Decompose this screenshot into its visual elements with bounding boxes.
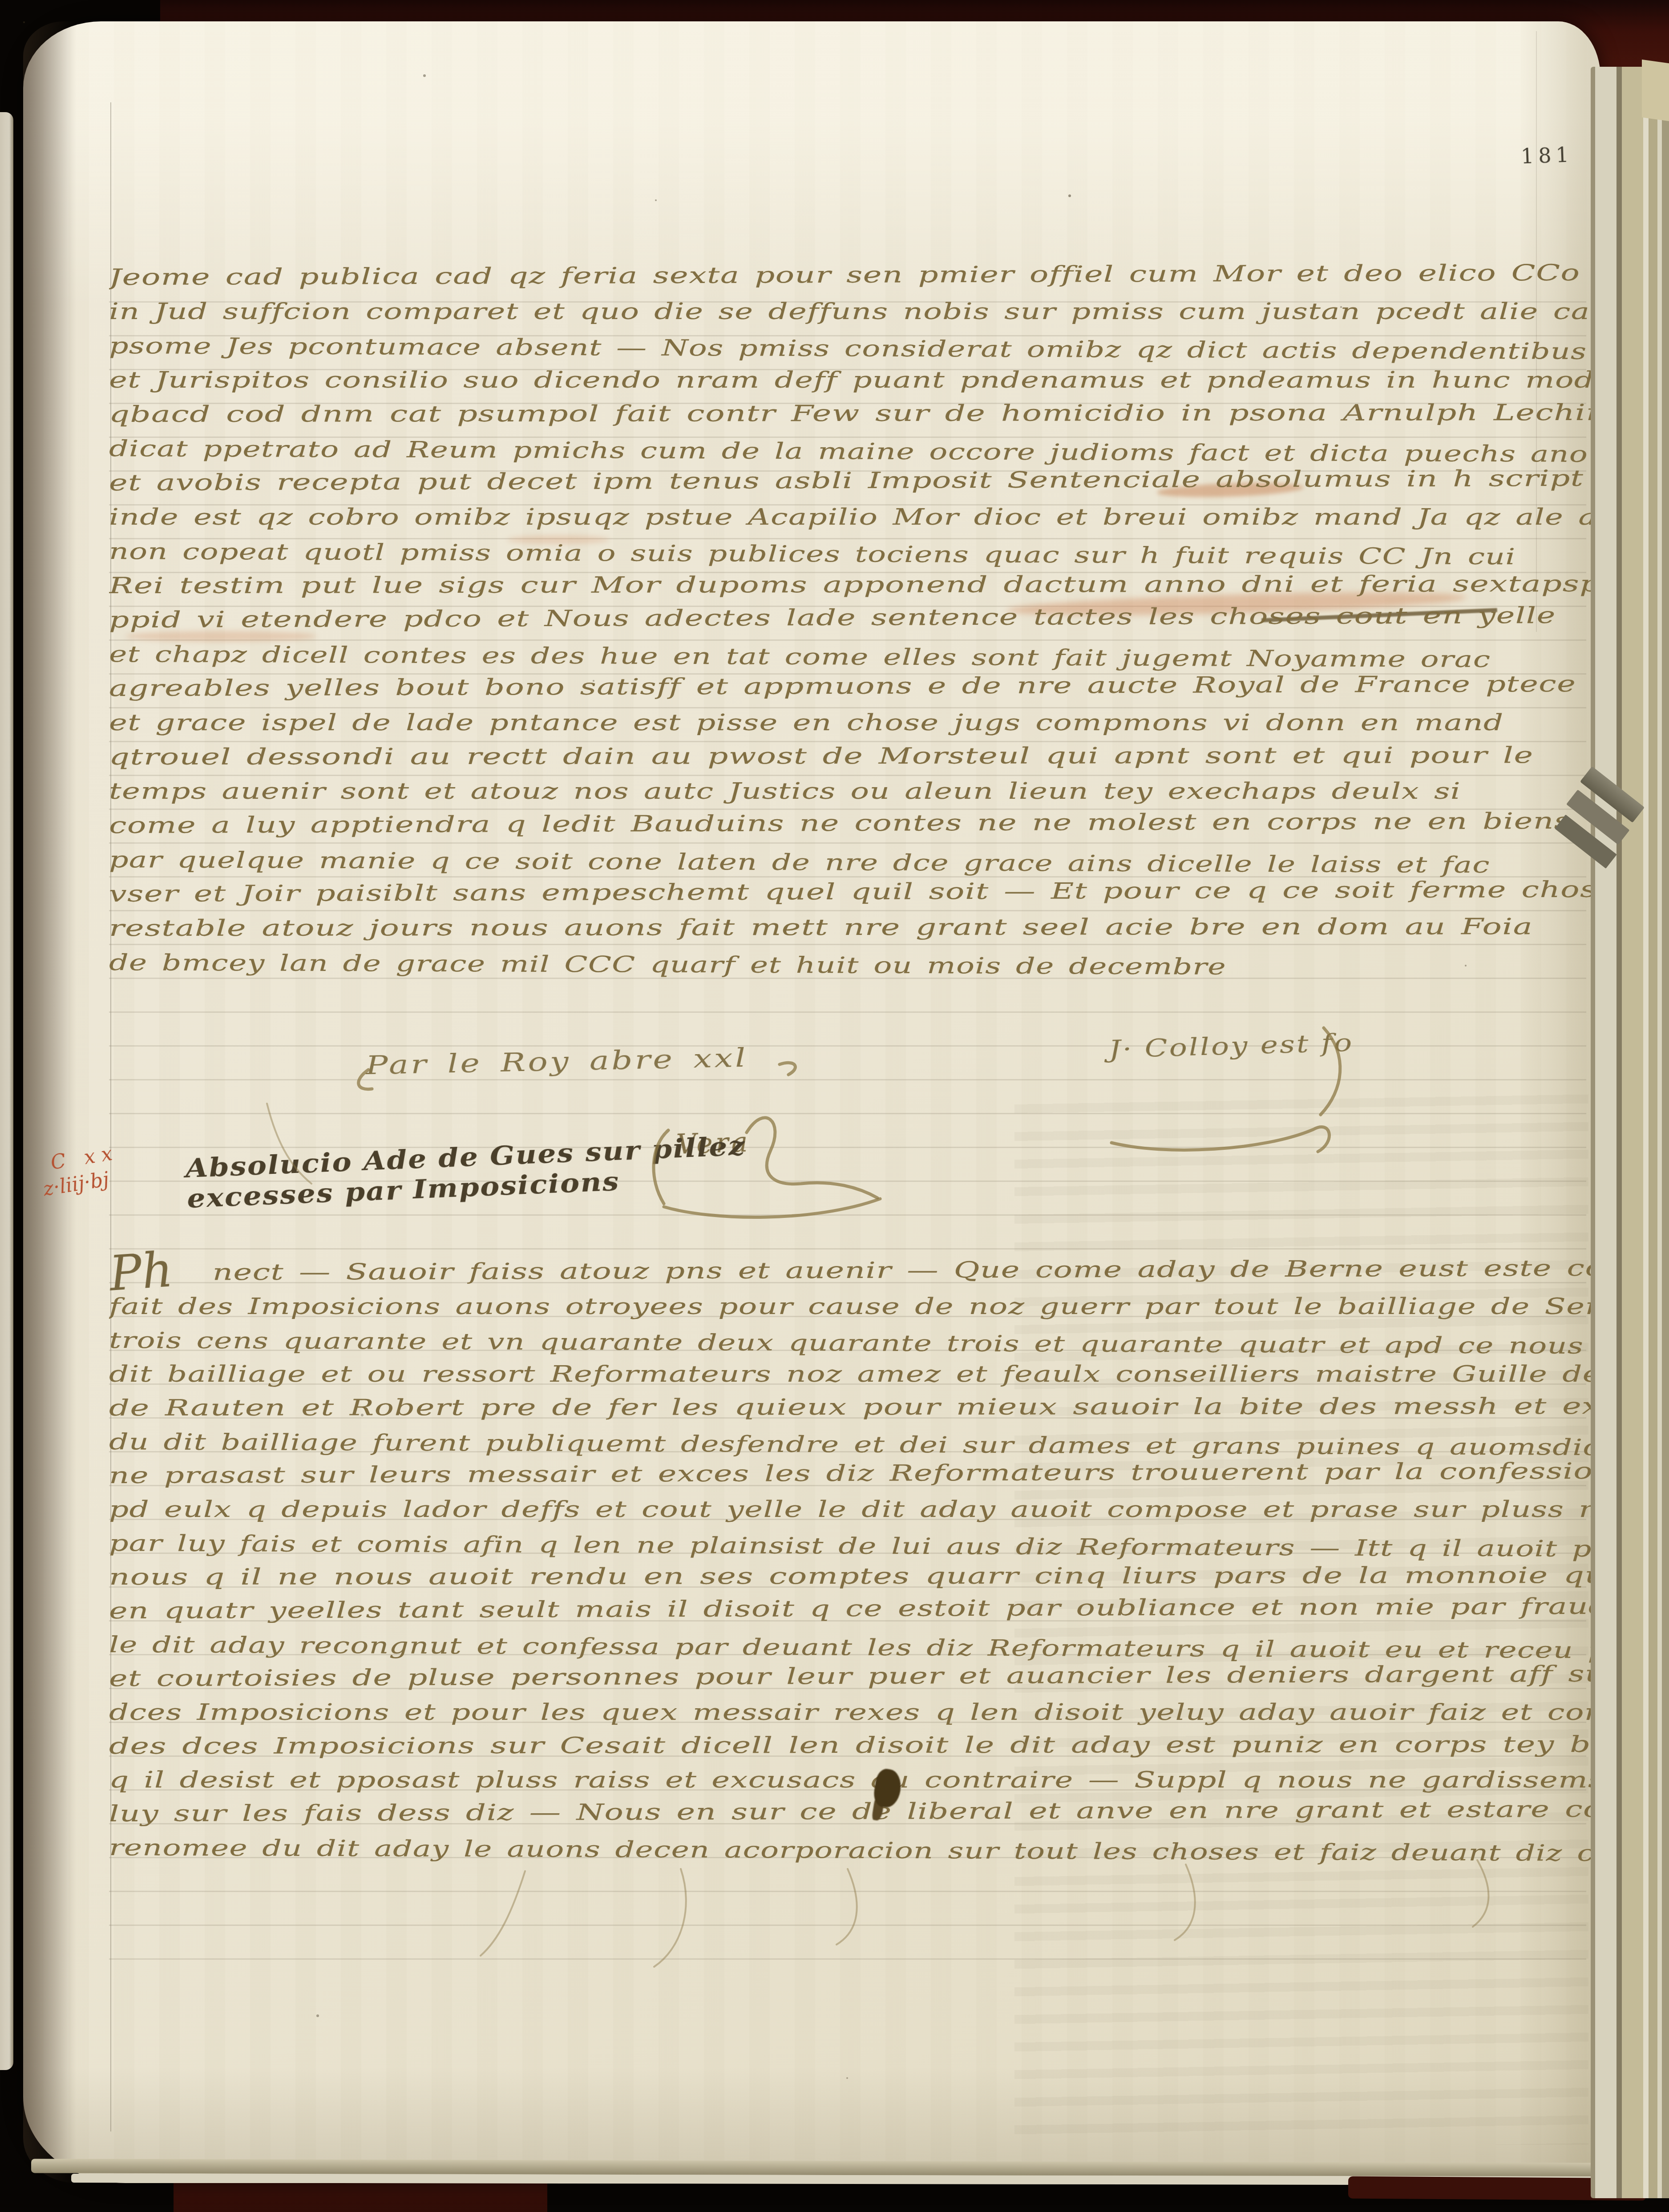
- manuscript-line: ppid vi etendere pdco et Nous adectes la…: [109, 596, 1600, 637]
- manuscript-line: des dces Imposicions sur Cesait dicell l…: [109, 1727, 1600, 1763]
- manuscript-line: nous q il ne nous auoit rendu en ses com…: [109, 1557, 1600, 1594]
- adjacent-page-edge-left: [0, 112, 13, 2070]
- fore-edge-top-wedge: [1642, 60, 1669, 121]
- parchment-speckles: [23, 21, 25, 23]
- gutter-shadow: [23, 21, 77, 2183]
- manuscript-line: q il desist et pposast pluss raiss et ex…: [109, 1763, 1600, 1797]
- manuscript-line: inde est qz cobro omibz ipsuqz pstue Aca…: [109, 500, 1600, 534]
- folio-number: 181: [1520, 142, 1584, 169]
- manuscript-line: temps auenir sont et atouz nos autc Just…: [109, 774, 1600, 809]
- manuscript-line: en quatr yeelles tant seult mais il diso…: [109, 1587, 1600, 1628]
- manuscript-line: Rei testim put lue sigs cur Mor dupoms a…: [109, 566, 1600, 603]
- manuscript-line: et Jurispitos consilio suo dicendo nram …: [109, 363, 1600, 397]
- manuscript-line: fait des Imposicions auons otroyees pour…: [109, 1290, 1600, 1323]
- manuscript-line: ne prasast sur leurs messair et exces le…: [109, 1452, 1600, 1492]
- manuscript-line: dces Imposicions et pour les quex messai…: [109, 1695, 1600, 1729]
- fore-edge-page-stack: [1591, 67, 1669, 2198]
- manuscript-line: et grace ispel de lade pntance est pisse…: [109, 706, 1600, 740]
- manuscript-line: restable atouz jours nous auons fait met…: [109, 909, 1600, 946]
- manuscript-line: pd eulx q depuis lador deffs et cout yel…: [109, 1492, 1600, 1526]
- text-block-latin-sentence: Jeome cad publica cad qz feria sexta pou…: [109, 260, 1600, 980]
- manuscript-line: qbacd cod dnm cat psumpol fait contr Few…: [109, 395, 1600, 432]
- manuscript-line: Jeome cad publica cad qz feria sexta pou…: [109, 260, 1600, 295]
- manuscript-line: et avobis recepta put decet ipm tenus as…: [109, 459, 1600, 500]
- manuscript-line: vser et Joir paisiblt sans empeschemt qu…: [109, 870, 1600, 911]
- manuscript-line: luy sur les fais dess diz — Nous en sur …: [109, 1790, 1600, 1831]
- manuscript-line: renomee du dit aday le auons decen acorp…: [109, 1831, 1600, 1864]
- manuscript-line: dit bailliage et ou ressort Reformateurs…: [109, 1357, 1600, 1391]
- manuscript-line: de Rauten et Robert pre de fer les quieu…: [109, 1388, 1600, 1425]
- manuscript-line: come a luy apptiendra q ledit Bauduins n…: [109, 802, 1600, 843]
- text-block-french-letter: nect — Sauoir faiss atouz pns et auenir …: [109, 1256, 1600, 1864]
- manuscript-photo: 181 Jeome cad publica cad qz feria sexta…: [0, 0, 1669, 2212]
- manuscript-line: de bmcey lan de grace mil CCC quarf et h…: [109, 946, 1600, 980]
- manuscript-line: agreables yelles bout bono satisff et ap…: [109, 665, 1600, 706]
- manuscript-line: nect — Sauoir faiss atouz pns et auenir …: [109, 1256, 1600, 1290]
- manuscript-line: qtrouel dessondi au rectt dain au pwost …: [109, 737, 1600, 774]
- manuscript-line: in Jud suffcion comparet et quo die se d…: [109, 295, 1600, 329]
- manuscript-line: et courtoisies de pluse personnes pour l…: [109, 1655, 1600, 1695]
